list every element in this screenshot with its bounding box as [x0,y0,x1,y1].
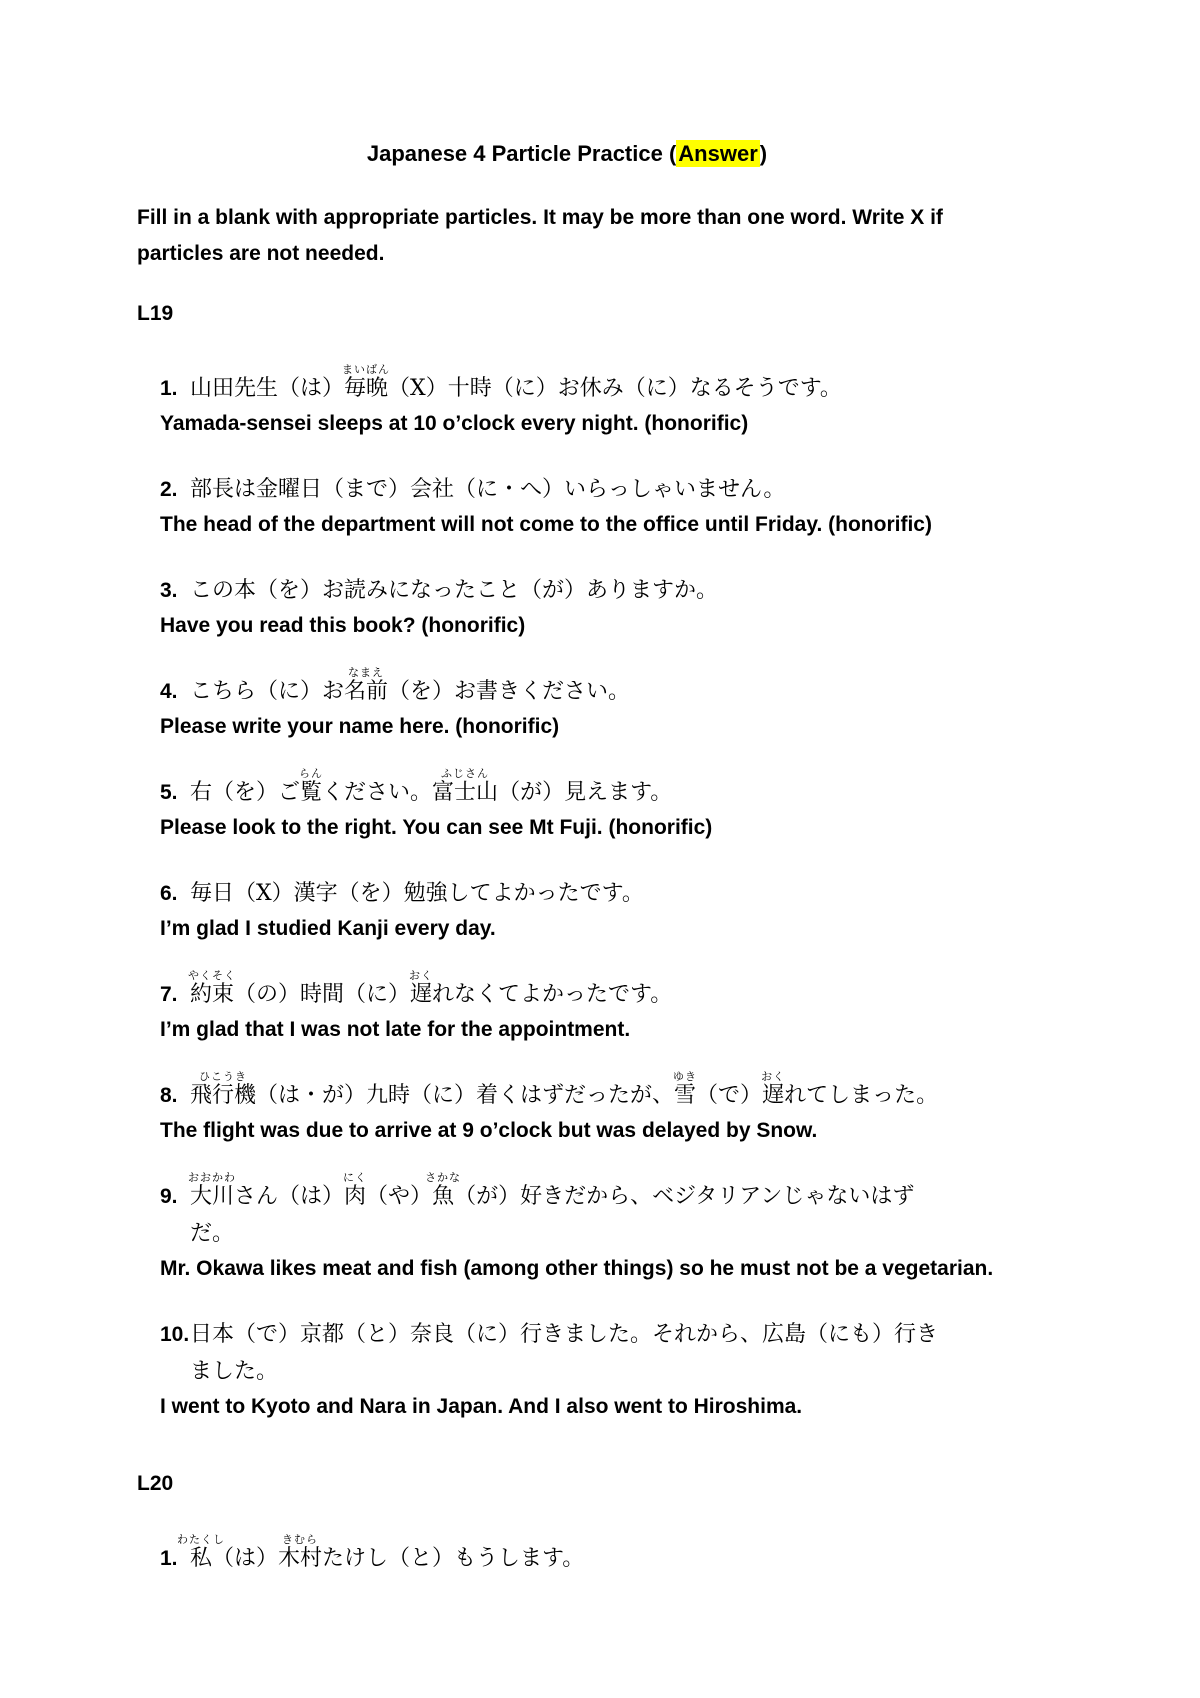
kanji-with-furigana: わたくし私 [190,1546,212,1571]
furigana: やくそく [188,970,236,981]
english-translation: I’m glad I studied Kanji every day. [160,914,1160,944]
english-translation: I’m glad that I was not late for the app… [160,1015,1160,1045]
item-number: 3. [160,572,190,609]
english-translation: The head of the department will not come… [160,510,1160,540]
title-prefix: Japanese 4 Particle Practice ( [367,141,676,166]
japanese-sentence: 4.こちら（に）おなまえ名前（を）お書きください。 [160,659,1160,710]
practice-item: 9.おおかわ大川さん（は）にく肉（や）さかな魚（が）好きだから、ベジタリアンじゃ… [160,1164,1160,1284]
furigana: わたくし [177,1534,225,1545]
item-number: 5. [160,774,190,811]
kanji-with-furigana: なまえ名前 [344,679,388,704]
sections-container: L191.山田先生（は）まいばん毎晩（X）十時（に）お休み（に）なるそうです。Y… [137,302,1160,1577]
japanese-sentence: 5.右（を）ごらん覧ください。ふじさん富士山（が）見えます。 [160,760,1160,811]
kanji-with-furigana: ふじさん富士山 [432,780,498,805]
practice-item: 1.わたくし私（は）きむら木村たけし（と）もうします。 [160,1526,1160,1577]
japanese-sentence: 1.わたくし私（は）きむら木村たけし（と）もうします。 [160,1526,1160,1577]
english-translation: Please look to the right. You can see Mt… [160,813,1160,843]
practice-item: 3.この本（を）お読みになったこと（が）ありますか。Have you read … [160,558,1160,641]
item-number: 7. [160,976,190,1013]
practice-item: 4.こちら（に）おなまえ名前（を）お書きください。Please write yo… [160,659,1160,742]
furigana: ふじさん [441,768,489,779]
practice-item: 1.山田先生（は）まいばん毎晩（X）十時（に）お休み（に）なるそうです。Yama… [160,356,1160,439]
japanese-sentence: 10.日本（で）京都（と）奈良（に）行きました。それから、広島（にも）行きました… [160,1302,1160,1390]
furigana: おく [409,970,433,981]
kanji-with-furigana: ゆき雪 [674,1083,696,1108]
furigana: なまえ [348,667,384,678]
section-items: 1.わたくし私（は）きむら木村たけし（と）もうします。 [160,1526,1160,1577]
item-number: 9. [160,1178,190,1215]
furigana: おく [761,1071,785,1082]
english-translation: Mr. Okawa likes meat and fish (among oth… [160,1254,1160,1284]
practice-item: 6.毎日（X）漢字（を）勉強してよかったです。I’m glad I studie… [160,861,1160,944]
section-heading-l20: L20 [137,1472,1160,1496]
english-translation: Yamada-sensei sleeps at 10 o’clock every… [160,409,1160,439]
item-number: 1. [160,370,190,407]
practice-item: 8.ひこうき飛行機（は・が）九時（に）着くはずだったが、ゆき雪（で）おく遅れてし… [160,1063,1160,1146]
kanji-with-furigana: にく肉 [344,1184,366,1209]
instructions: Fill in a blank with appropriate particl… [137,200,1160,272]
item-number: 6. [160,875,190,912]
furigana: きむら [282,1534,318,1545]
kanji-with-furigana: らん覧 [300,780,322,805]
item-number: 8. [160,1077,190,1114]
japanese-sentence: 2.部長は金曜日（まで）会社（に・へ）いらっしゃいません。 [160,457,1160,508]
item-number: 10. [160,1316,190,1353]
english-translation: I went to Kyoto and Nara in Japan. And I… [160,1392,1160,1422]
kanji-with-furigana: さかな魚 [432,1184,454,1209]
kanji-with-furigana: ひこうき飛行機 [190,1083,256,1108]
furigana: ひこうき [199,1071,247,1082]
furigana: ゆき [673,1071,697,1082]
section-l20: L201.わたくし私（は）きむら木村たけし（と）もうします。 [137,1472,1160,1577]
kanji-with-furigana: きむら木村 [278,1546,322,1571]
item-number: 2. [160,471,190,508]
japanese-sentence: 6.毎日（X）漢字（を）勉強してよかったです。 [160,861,1160,912]
furigana: まいばん [342,364,390,375]
practice-item: 2.部長は金曜日（まで）会社（に・へ）いらっしゃいません。The head of… [160,457,1160,540]
kanji-with-furigana: おく遅 [762,1083,784,1108]
english-translation: Have you read this book? (honorific) [160,611,1160,641]
japanese-sentence: 9.おおかわ大川さん（は）にく肉（や）さかな魚（が）好きだから、ベジタリアンじゃ… [160,1164,1160,1252]
kanji-with-furigana: まいばん毎晩 [344,376,388,401]
japanese-sentence: 3.この本（を）お読みになったこと（が）ありますか。 [160,558,1160,609]
section-l19: L191.山田先生（は）まいばん毎晩（X）十時（に）お休み（に）なるそうです。Y… [137,302,1160,1422]
english-translation: Please write your name here. (honorific) [160,712,1160,742]
instructions-line-2: particles are not needed. [137,236,1160,272]
page-title: Japanese 4 Particle Practice (Answer) [137,140,997,168]
japanese-sentence: 7.やくそく約束（の）時間（に）おく遅れなくてよかったです。 [160,962,1160,1013]
title-highlight: Answer [676,140,759,167]
furigana: らん [299,768,323,779]
document-page: Japanese 4 Particle Practice (Answer) Fi… [0,0,1200,1698]
practice-item: 5.右（を）ごらん覧ください。ふじさん富士山（が）見えます。Please loo… [160,760,1160,843]
kanji-with-furigana: やくそく約束 [190,982,234,1007]
furigana: おおかわ [188,1172,236,1183]
practice-item: 10.日本（で）京都（と）奈良（に）行きました。それから、広島（にも）行きました… [160,1302,1160,1422]
kanji-with-furigana: おおかわ大川 [190,1184,234,1209]
furigana: さかな [425,1172,461,1183]
japanese-sentence: 8.ひこうき飛行機（は・が）九時（に）着くはずだったが、ゆき雪（で）おく遅れてし… [160,1063,1160,1114]
furigana: にく [343,1172,367,1183]
instructions-line-1: Fill in a blank with appropriate particl… [137,200,1160,236]
practice-item: 7.やくそく約束（の）時間（に）おく遅れなくてよかったです。I’m glad t… [160,962,1160,1045]
item-number: 4. [160,673,190,710]
english-translation: The flight was due to arrive at 9 o’cloc… [160,1116,1160,1146]
section-heading-l19: L19 [137,302,1160,326]
japanese-sentence: 1.山田先生（は）まいばん毎晩（X）十時（に）お休み（に）なるそうです。 [160,356,1160,407]
kanji-with-furigana: おく遅 [410,982,432,1007]
section-items: 1.山田先生（は）まいばん毎晩（X）十時（に）お休み（に）なるそうです。Yama… [160,356,1160,1422]
title-suffix: ) [760,141,767,166]
